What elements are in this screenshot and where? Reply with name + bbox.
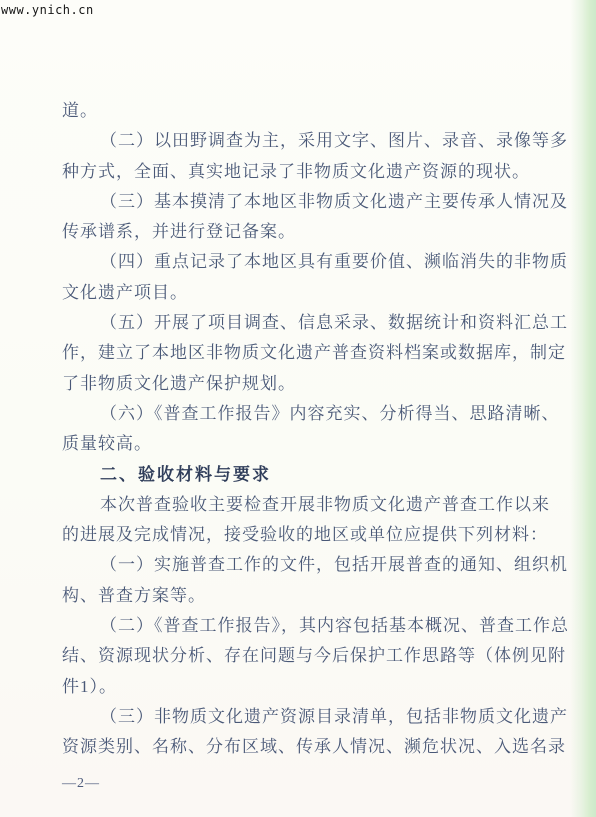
document-line: （三）基本摸清了本地区非物质文化遗产主要传承人情况及 [62,187,540,217]
document-line: （二）以田野调查为主，采用文字、图片、录音、录像等多 [62,126,540,156]
document-line: 结、资源现状分析、存在问题与今后保护工作思路等（体例见附 [62,641,540,671]
document-line: 本次普查验收主要检查开展非物质文化遗产普查工作以来 [62,490,540,520]
document-line: 道。 [62,96,540,126]
document-line: 资源类别、名称、分布区域、传承人情况、濒危状况、入选名录 [62,732,540,762]
document-line: 传承谱系，并进行登记备案。 [62,217,540,247]
document-line: 质量较高。 [62,429,540,459]
document-line: 作，建立了本地区非物质文化遗产普查资料档案或数据库，制定 [62,338,540,368]
scan-edge-shadow [570,0,596,817]
document-line: （五）开展了项目调查、信息采录、数据统计和资料汇总工 [62,308,540,338]
document-line: （一）实施普查工作的文件，包括开展普查的通知、组织机 [62,550,540,580]
section-heading: 二、验收材料与要求 [62,460,540,490]
document-line: （四）重点记录了本地区具有重要价值、濒临消失的非物质 [62,247,540,277]
watermark-url-text: www.ynich.cn [1,3,94,17]
document-line: 的进展及完成情况，接受验收的地区或单位应提供下列材料： [62,520,540,550]
document-text-block: 道。（二）以田野调查为主，采用文字、图片、录音、录像等多种方式，全面、真实地记录… [62,96,540,763]
document-line: 件1）。 [62,672,540,702]
document-line: （二）《普查工作报告》，其内容包括基本概况、普查工作总 [62,611,540,641]
document-line: 了非物质文化遗产保护规划。 [62,369,540,399]
page-number: —2— [62,776,100,792]
document-line: （三）非物质文化遗产资源目录清单，包括非物质文化遗产 [62,702,540,732]
document-line: 文化遗产项目。 [62,278,540,308]
scanned-document-page: www.ynich.cn 道。（二）以田野调查为主，采用文字、图片、录音、录像等… [0,0,596,817]
document-line: （六）《普查工作报告》内容充实、分析得当、思路清晰、 [62,399,540,429]
document-line: 种方式，全面、真实地记录了非物质文化遗产资源的现状。 [62,157,540,187]
document-line: 构、普查方案等。 [62,581,540,611]
